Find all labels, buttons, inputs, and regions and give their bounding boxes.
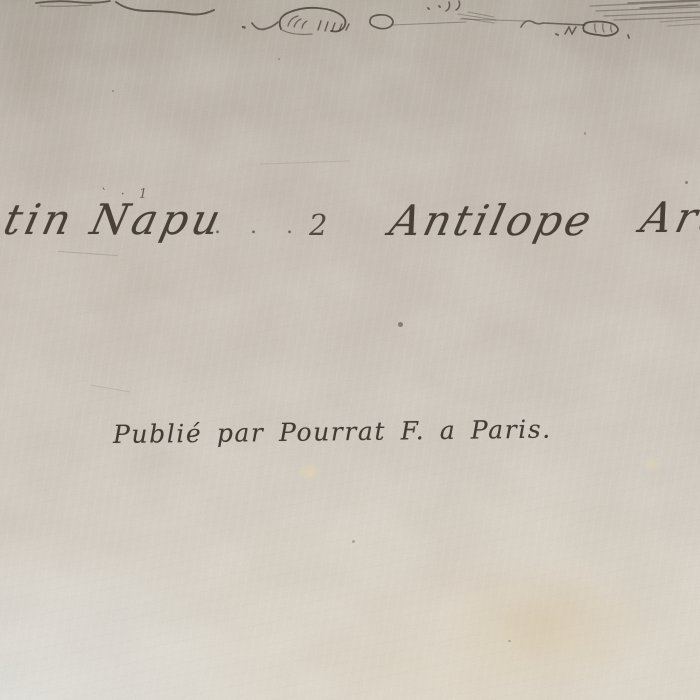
hatching-faint-mid: [458, 12, 496, 23]
small-plate-marks: [428, 1, 460, 11]
rock-engraving-right: [583, 22, 629, 39]
photo-of-antique-print: ` · 1 tin Napu . . . 2 Antilope Ara Publ…: [0, 0, 700, 700]
paper-fiber: [58, 251, 118, 256]
pale-stain: [640, 455, 662, 473]
paper-speck: [112, 90, 114, 92]
rock-engraving-small: [370, 15, 525, 29]
paper-speck: [685, 181, 688, 184]
shell-engraving: [280, 8, 349, 35]
ground-line-marks: [36, 1, 278, 29]
caption-species-word: Antilope: [386, 200, 598, 242]
caption-separator-dots: . . .: [214, 216, 304, 238]
paper-speck: [278, 58, 280, 60]
ground-squiggles-right: [521, 21, 585, 35]
paper-speck: [398, 322, 403, 327]
paper-grain-texture: [0, 0, 700, 700]
publisher-line: Publié par Pourrat F. a Paris.: [113, 417, 552, 447]
engraving-fragments: [0, 0, 700, 50]
warm-stain: [440, 560, 660, 690]
paper-fiber: [260, 160, 350, 164]
caption-right-fragment: Ara: [637, 197, 700, 239]
paper-speck: [508, 640, 511, 642]
figure-number-2: 2: [309, 211, 327, 240]
paper-speck: [584, 132, 586, 135]
paper-speck: [352, 540, 355, 543]
caption-left-fragment: tin Napu: [0, 199, 228, 241]
pale-stain: [296, 462, 322, 482]
paper-fiber: [90, 385, 130, 393]
paper-felt-striations: [0, 0, 700, 700]
